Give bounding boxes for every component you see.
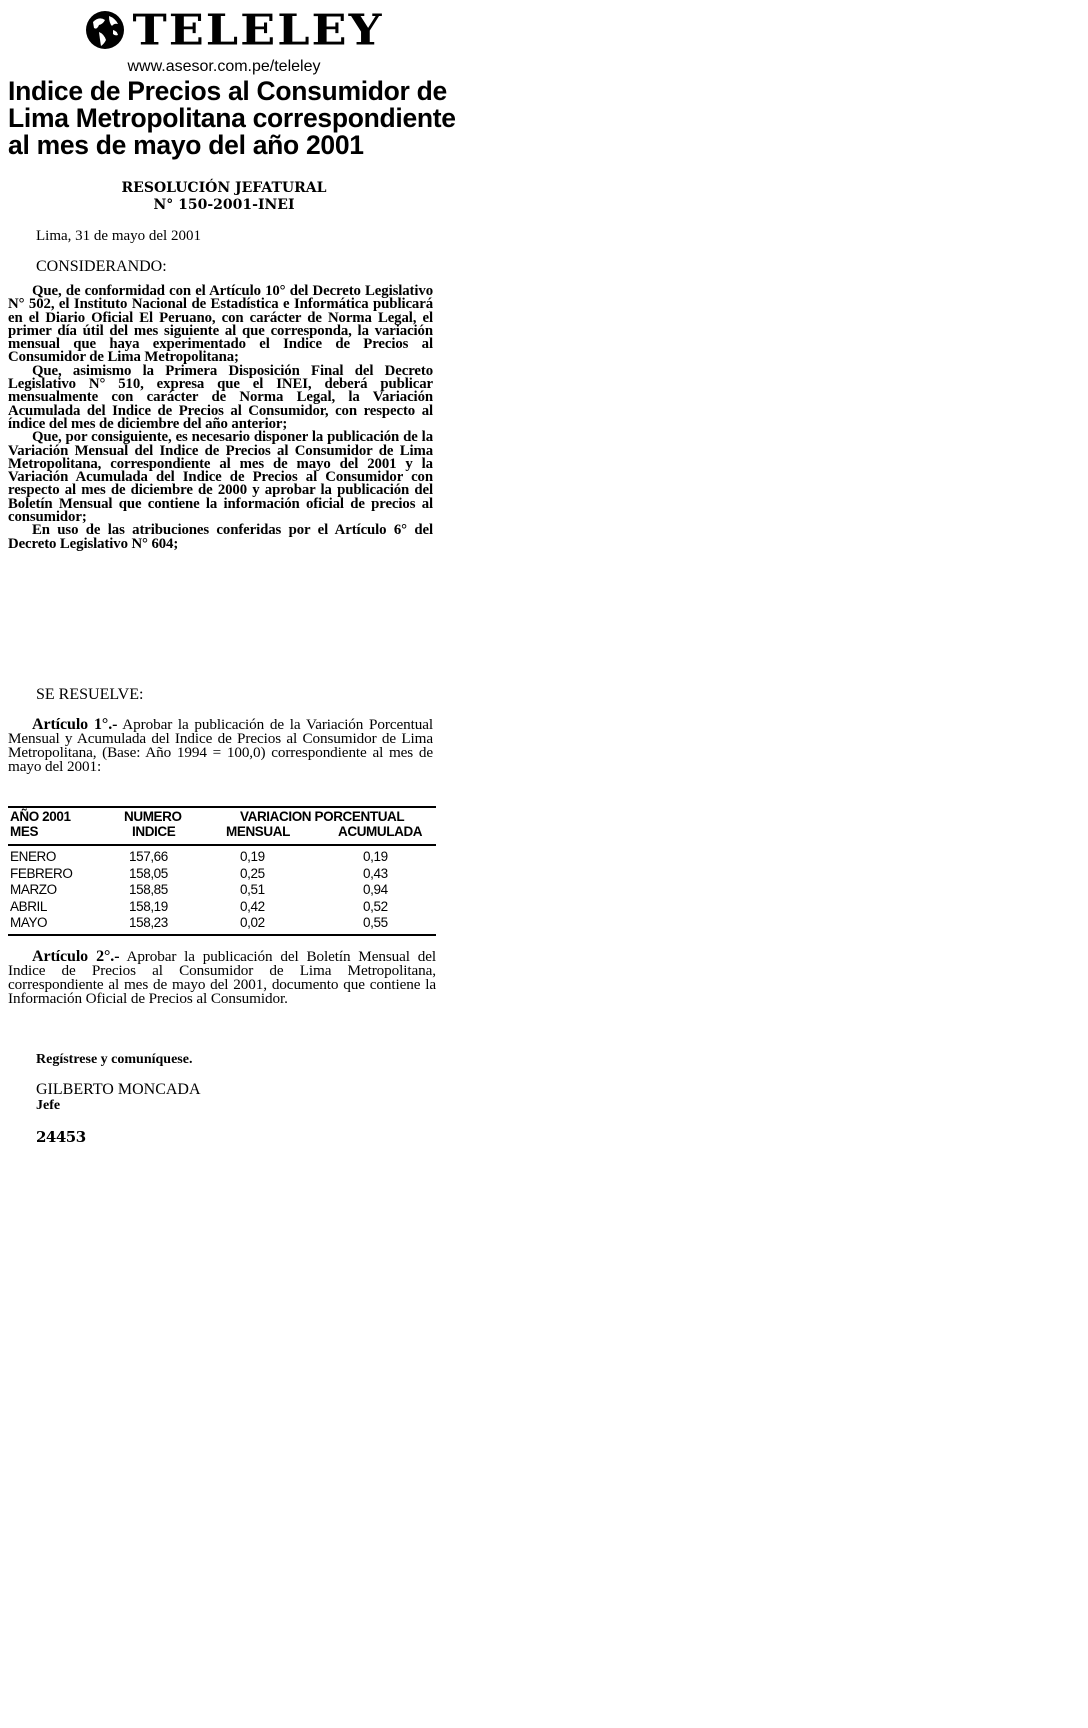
table-row: FEBRERO 158,05 0,25 0,43 (8, 866, 440, 883)
articulo-1: Artículo 1°.- Aprobar la publicación de … (8, 718, 433, 774)
considerando-heading: CONSIDERANDO: (36, 258, 167, 276)
resolution-header: RESOLUCIÓN JEFATURAL N° 150-2001-INEI (8, 180, 440, 214)
header-indice: INDICE (132, 824, 175, 839)
resolution-number: N° 150-2001-INEI (8, 197, 440, 214)
signer-name: GILBERTO MONCADA (36, 1082, 201, 1098)
table-row: ABRIL 158,19 0,42 0,52 (8, 899, 440, 916)
considerando-paragraph: Que, asimismo la Primera Disposición Fin… (8, 365, 433, 431)
table-bottom-rule (8, 934, 436, 936)
considerando-paragraph: Que, de conformidad con el Artículo 10° … (8, 285, 433, 365)
header-month: MES (10, 824, 38, 839)
signature-block: GILBERTO MONCADA Jefe (36, 1082, 201, 1114)
table-row: MARZO 158,85 0,51 0,94 (8, 882, 440, 899)
considerando-paragraph: Que, por consiguiente, es necesario disp… (8, 431, 433, 524)
header-year: AÑO 2001 (10, 809, 71, 824)
signer-role: Jefe (36, 1098, 201, 1114)
site-url: www.asesor.com.pe/teleley (8, 58, 440, 76)
header-numero: NUMERO (124, 809, 182, 824)
table-row: MAYO 158,23 0,02 0,55 (8, 915, 440, 932)
closing-formula: Regístrese y comuníquese. (36, 1052, 192, 1068)
se-resuelve-heading: SE RESUELVE: (36, 686, 143, 704)
masthead: TELELEY (68, 2, 398, 58)
considerando-body: Que, de conformidad con el Artículo 10° … (8, 285, 433, 551)
globe-icon (83, 8, 127, 52)
considerando-paragraph: En uso de las atribuciones conferidas po… (8, 524, 433, 551)
articulo-2: Artículo 2°.- Aprobar la publicación del… (8, 950, 436, 1006)
ipc-table: AÑO 2001 MES NUMERO INDICE VARIACION POR… (8, 806, 440, 936)
title-line-3: al mes de mayo del año 2001 (8, 132, 440, 159)
table-header: AÑO 2001 MES NUMERO INDICE VARIACION POR… (8, 808, 440, 844)
table-row: ENERO 157,66 0,19 0,19 (8, 849, 440, 866)
title-line-1: Indice de Precios al Consumidor de (8, 78, 440, 105)
page-title: Indice de Precios al Consumidor de Lima … (8, 78, 440, 159)
brand-name: TELELEY (133, 9, 384, 51)
table-body: ENERO 157,66 0,19 0,19 FEBRERO 158,05 0,… (8, 846, 440, 934)
resolution-date: Lima, 31 de mayo del 2001 (36, 228, 201, 245)
title-line-2: Lima Metropolitana correspondiente (8, 105, 440, 132)
header-acumulada: ACUMULADA (338, 824, 422, 839)
resolution-type: RESOLUCIÓN JEFATURAL (8, 180, 440, 197)
header-mensual: MENSUAL (226, 824, 290, 839)
reference-number: 24453 (36, 1128, 86, 1146)
header-variacion-group: VARIACION PORCENTUAL (240, 809, 404, 824)
